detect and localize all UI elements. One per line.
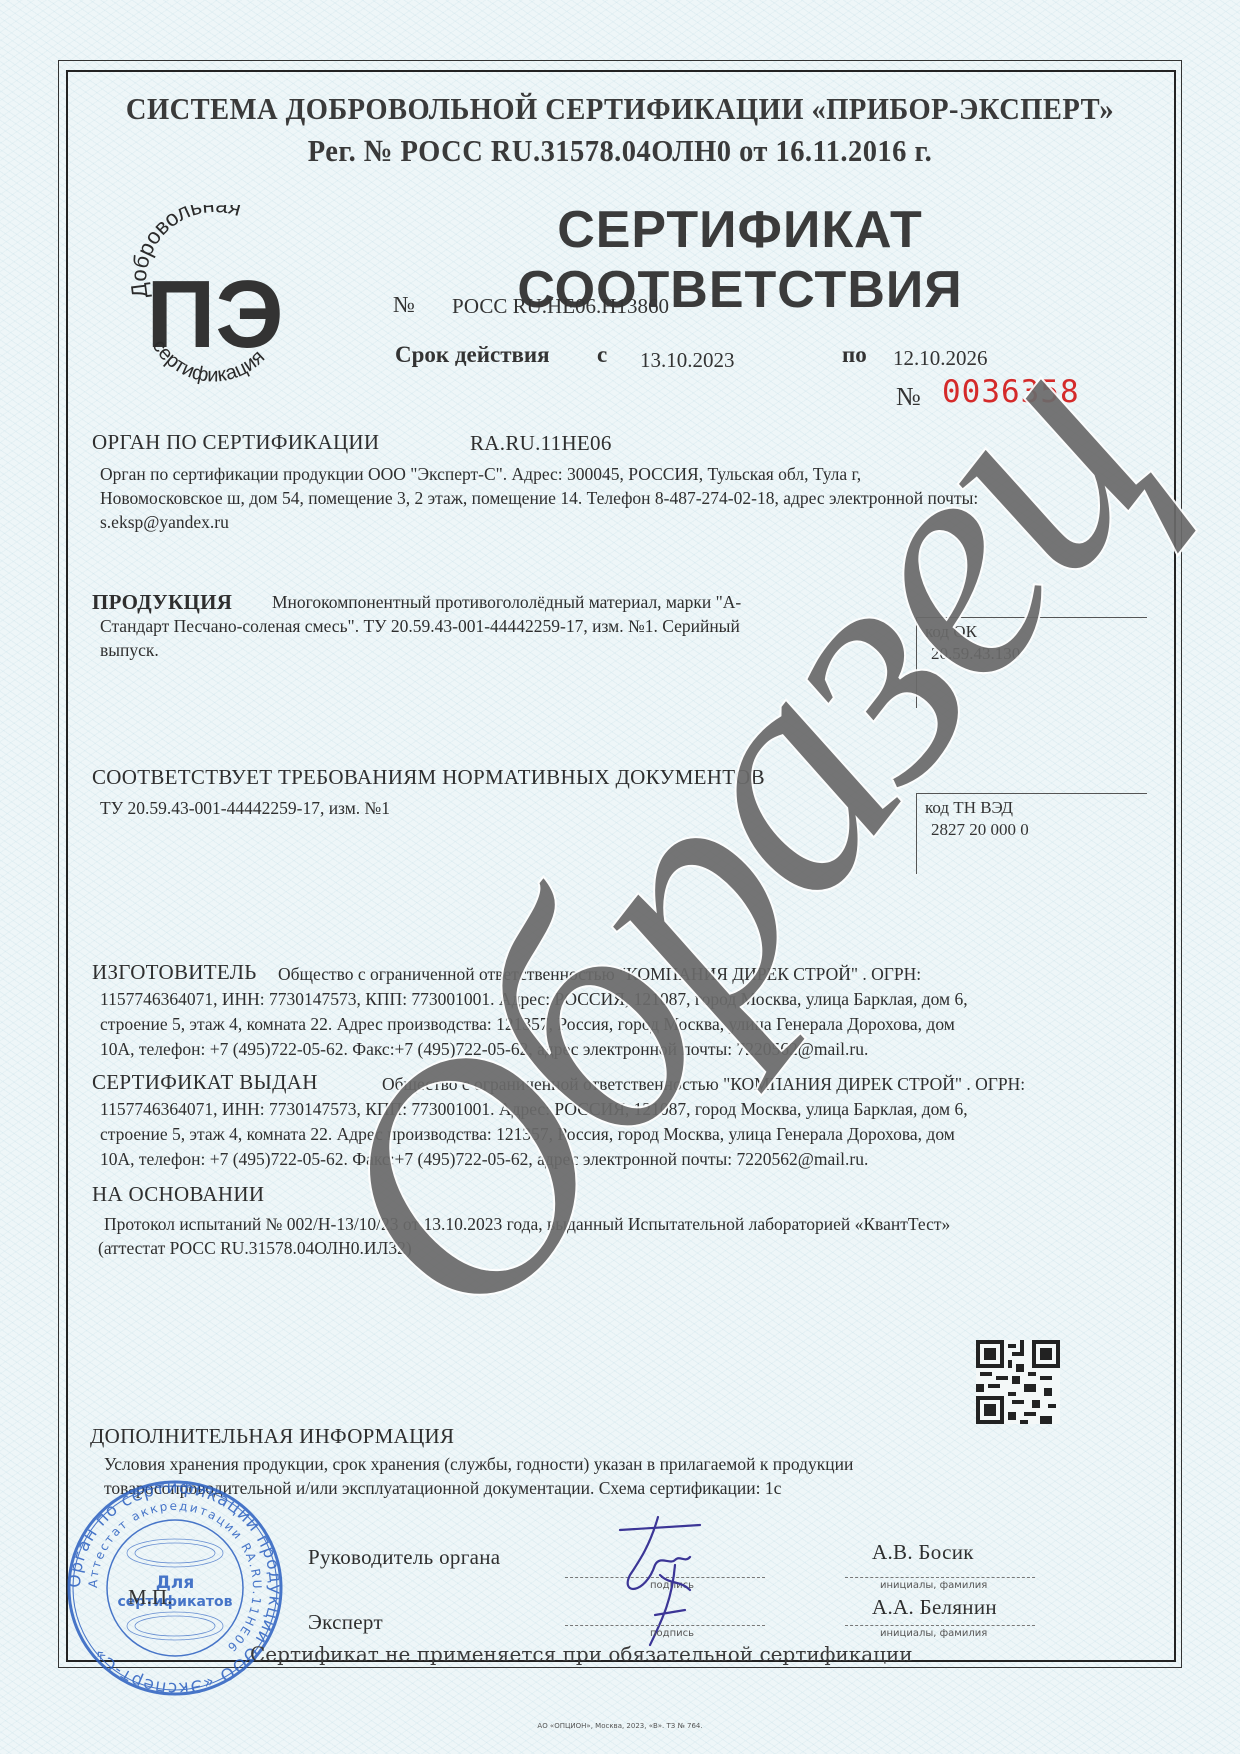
- basis-details: Протокол испытаний № 002/Н-13/10/23 от 1…: [104, 1212, 1174, 1260]
- expert-signature-line: [565, 1625, 765, 1626]
- certification-system-header: СИСТЕМА ДОБРОВОЛЬНОЙ СЕРТИФИКАЦИИ «ПРИБО…: [110, 88, 1129, 172]
- head-of-body-label: Руководитель органа: [308, 1545, 500, 1570]
- system-registration: Рег. № РОСС RU.31578.04ОЛН0 от 16.11.201…: [110, 130, 1129, 172]
- ok-code-value: 20.59.43.130: [931, 644, 1147, 664]
- printing-info: АО «ОПЦИОН», Москва, 2023, «В». ТЗ № 764…: [0, 1722, 1240, 1730]
- certification-body-code: RA.RU.11HE06: [470, 431, 612, 456]
- additional-info-title: ДОПОЛНИТЕЛЬНАЯ ИНФОРМАЦИЯ: [90, 1424, 454, 1449]
- manufacturer-details: Общество с ограниченной ответственностью…: [100, 962, 1170, 1062]
- head-name-caption: инициалы, фамилия: [880, 1580, 987, 1591]
- validity-from-label: с: [597, 342, 607, 368]
- footer-note: Сертификат не применяется при обязательн…: [250, 1642, 913, 1666]
- head-of-body-name: А.В. Босик: [872, 1540, 974, 1565]
- seal-placeholder-label: М.П.: [128, 1585, 172, 1610]
- serial-number: 0036358: [942, 374, 1080, 410]
- tnved-code-box: код ТН ВЭД 2827 20 000 0: [916, 793, 1147, 874]
- tnved-code-label: код ТН ВЭД: [925, 798, 1147, 818]
- serial-number-symbol: №: [896, 382, 921, 412]
- system-name: СИСТЕМА ДОБРОВОЛЬНОЙ СЕРТИФИКАЦИИ «ПРИБО…: [110, 88, 1129, 130]
- valid-from-date: 13.10.2023: [640, 348, 735, 373]
- tnved-code-value: 2827 20 000 0: [931, 820, 1147, 840]
- voluntary-certification-logo: Добровольная ПЭ сертификация: [130, 205, 300, 395]
- certification-body-title: ОРГАН ПО СЕРТИФИКАЦИИ: [92, 430, 379, 455]
- expert-label: Эксперт: [308, 1610, 383, 1635]
- ok-code-label: код ОК: [925, 622, 1147, 642]
- expert-signature-caption: подпись: [650, 1628, 694, 1639]
- certificate-number-symbol: №: [393, 292, 415, 318]
- conformity-title: СООТВЕТСТВУЕТ ТРЕБОВАНИЯМ НОРМАТИВНЫХ ДО…: [92, 765, 765, 790]
- ok-code-box: код ОК 20.59.43.130: [916, 617, 1147, 708]
- head-name-line: [845, 1577, 1035, 1578]
- product-description: Многокомпонентный противогололёдный мате…: [100, 590, 880, 662]
- certification-body-details: Орган по сертификации продукции ООО "Экс…: [100, 462, 1160, 534]
- expert-name-line: [845, 1625, 1035, 1626]
- validity-label: Срок действия: [395, 342, 550, 368]
- basis-title: НА ОСНОВАНИИ: [92, 1182, 264, 1207]
- expert-name-caption: инициалы, фамилия: [880, 1628, 987, 1639]
- conformity-documents: ТУ 20.59.43-001-44442259-17, изм. №1: [100, 796, 390, 820]
- validity-to-label: по: [842, 342, 867, 368]
- issued-to-details: Общество с ограниченной ответственностью…: [100, 1072, 1170, 1172]
- certificate-number: РОСС RU.HE06.H13860: [452, 294, 669, 319]
- valid-to-date: 12.10.2026: [893, 346, 988, 371]
- expert-name: А.А. Белянин: [872, 1595, 997, 1620]
- qr-code: [976, 1340, 1060, 1424]
